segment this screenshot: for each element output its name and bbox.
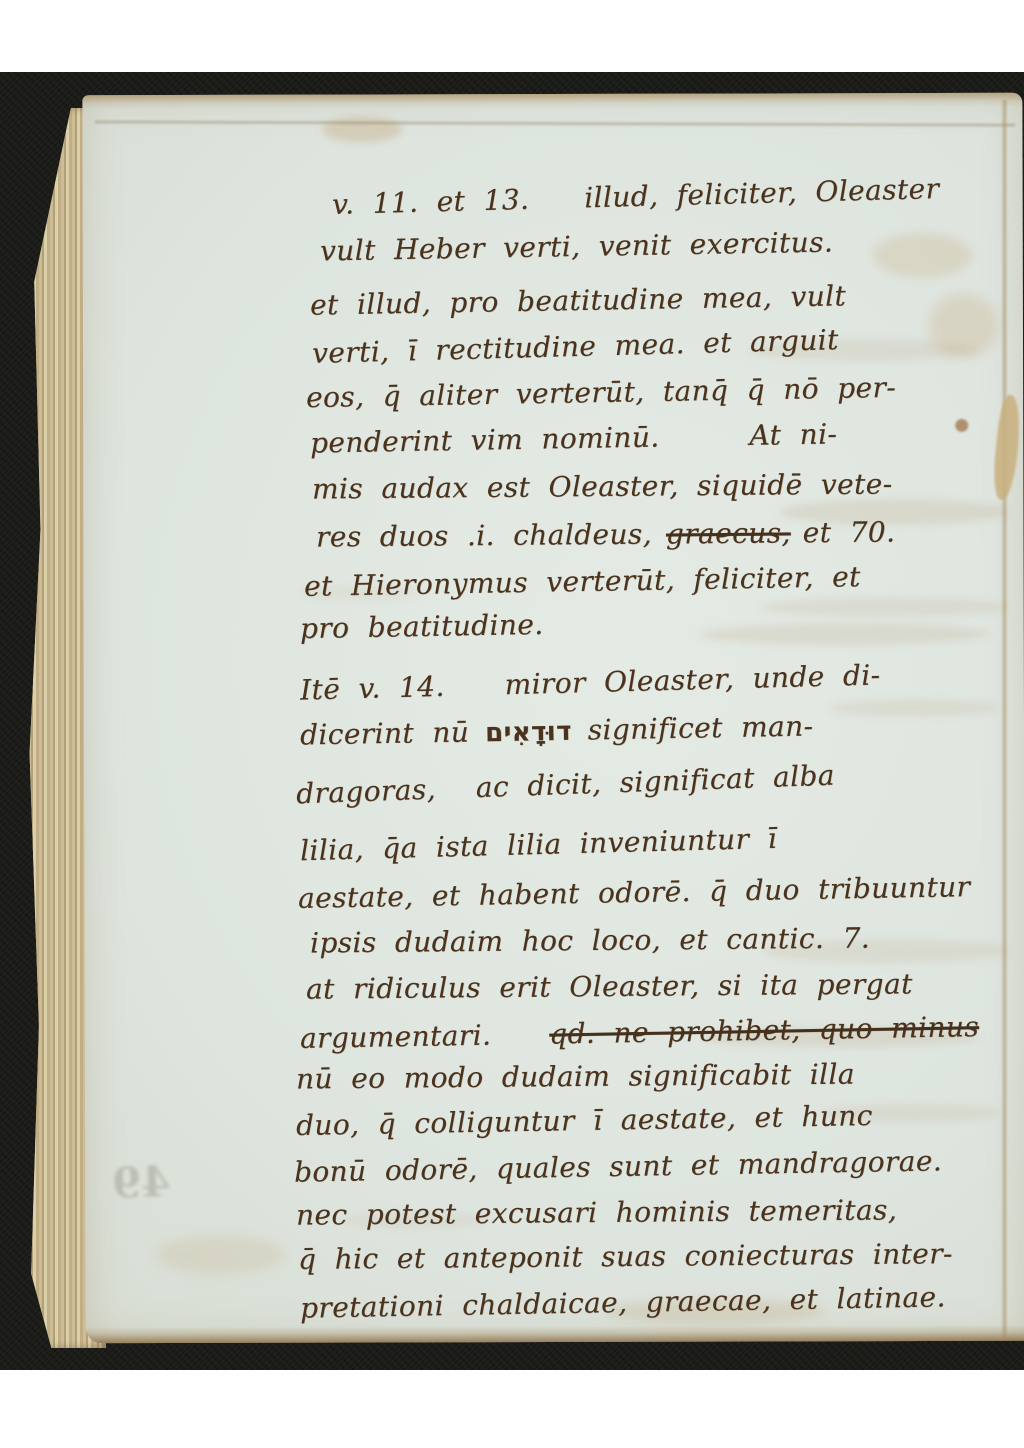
handwritten-line: res duos .i. chaldeus,graecus,et 70. — [316, 515, 896, 553]
handwritten-line: ipsis dudaim hoc loco, et cantic. 7. — [310, 922, 870, 960]
text-segment: res duos .i. chaldeus, — [316, 518, 652, 554]
handwritten-line: eos, q̄ aliter verterūt, tanq̄ q̄ nō per… — [306, 371, 897, 414]
hebrew-word: דוּדָאִים — [485, 717, 572, 749]
text-segment: eos, q̄ aliter verterūt, tanq̄ q̄ nō per… — [306, 371, 897, 414]
text-segment: aestate, et habent odorē. q̄ duo tribuun… — [298, 870, 971, 915]
handwritten-line: nec potest excusari hominis temeritas, — [296, 1193, 897, 1231]
text-segment: vult Heber verti, venit exercitus. — [320, 226, 834, 268]
handwritten-line: at ridiculus erit Oleaster, si ita perga… — [306, 967, 913, 1005]
text-segment: argumentari. — [300, 1019, 492, 1055]
handwritten-line: et illud, pro beatitudine mea, vult — [310, 279, 847, 321]
handwritten-line: q̄ hic et anteponit suas coniecturas int… — [298, 1237, 953, 1276]
handwritten-line: dragoras,ac dicit, significat alba — [296, 759, 836, 811]
text-segment: significet man- — [587, 710, 813, 747]
handwritten-line: vult Heber verti, venit exercitus. — [320, 226, 834, 268]
handwritten-line: duo, q̄ colliguntur ī aestate, et hunc — [296, 1099, 873, 1142]
text-segment: q̄ hic et anteponit suas coniecturas int… — [298, 1237, 953, 1276]
text-segment: penderint vim nominū. — [310, 421, 660, 460]
text-segment: verti, ī rectitudine mea. et arguit — [312, 323, 839, 370]
text-segment: Itē v. 14. — [300, 670, 445, 707]
text-segment: v. 11. et 13. — [332, 183, 530, 221]
handwritten-line: lilia, q̄a ista lilia inveniuntur ī — [300, 822, 778, 867]
handwritten-line: Itē v. 14.miror Oleaster, unde di- — [300, 658, 881, 706]
handwritten-line: bonū odorē, quales sunt et mandragorae. — [294, 1144, 943, 1188]
text-segment: pro beatitudine. — [300, 608, 544, 645]
handwritten-line: verti, ī rectitudine mea. et arguit — [312, 323, 839, 370]
handwritten-line: dicerint nūדוּדָאִיםsignificet man- — [300, 710, 814, 752]
handwritten-line: mis audax est Oleaster, siquidē vete- — [312, 467, 893, 505]
text-segment: et illud, pro beatitudine mea, vult — [310, 279, 847, 321]
text-segment: ipsis dudaim hoc loco, et cantic. 7. — [310, 922, 870, 960]
handwritten-line: penderint vim nominū.At ni- — [310, 417, 838, 459]
handwritten-line: aestate, et habent odorē. q̄ duo tribuun… — [298, 870, 971, 915]
text-segment: miror Oleaster, unde di- — [504, 658, 881, 701]
handwritten-line: v. 11. et 13.illud, feliciter, Oleaster — [332, 172, 940, 221]
text-segment: bonū odorē, quales sunt et mandragorae. — [294, 1144, 943, 1188]
struck-out-text: graecus, — [666, 516, 791, 550]
text-segment: pretationi chaldaicae, graecae, et latin… — [300, 1280, 946, 1324]
text-segment: nec potest excusari hominis temeritas, — [296, 1193, 897, 1231]
text-segment: et Hieronymus verterūt, feliciter, et — [304, 560, 861, 603]
text-segment: At ni- — [749, 417, 837, 452]
handwritten-text-block: v. 11. et 13.illud, feliciter, Oleasterv… — [0, 0, 1024, 1448]
handwritten-line: et Hieronymus verterūt, feliciter, et — [304, 560, 861, 603]
text-segment: et 70. — [803, 515, 896, 549]
text-segment: at ridiculus erit Oleaster, si ita perga… — [306, 967, 913, 1005]
text-segment: dragoras, — [296, 773, 437, 811]
handwritten-line: pro beatitudine. — [300, 608, 544, 645]
handwritten-line: pretationi chaldaicae, graecae, et latin… — [300, 1280, 946, 1324]
text-segment: illud, feliciter, Oleaster — [584, 172, 940, 214]
handwritten-line: argumentari.qd. ne prohibet, quo minus — [300, 1010, 980, 1055]
text-segment: duo, q̄ colliguntur ī aestate, et hunc — [296, 1099, 873, 1142]
page-number-bleedthrough: 49 — [111, 1157, 171, 1208]
text-segment: nū eo modo dudaim significabit illa — [296, 1058, 855, 1096]
handwritten-line: nū eo modo dudaim significabit illa — [296, 1058, 855, 1096]
text-segment: lilia, q̄a ista lilia inveniuntur ī — [300, 822, 778, 867]
text-segment: ac dicit, significat alba — [475, 759, 835, 805]
struck-out-text: qd. ne prohibet, quo minus — [549, 1010, 979, 1050]
text-segment: dicerint nū — [300, 716, 470, 752]
text-segment: mis audax est Oleaster, siquidē vete- — [312, 467, 893, 505]
